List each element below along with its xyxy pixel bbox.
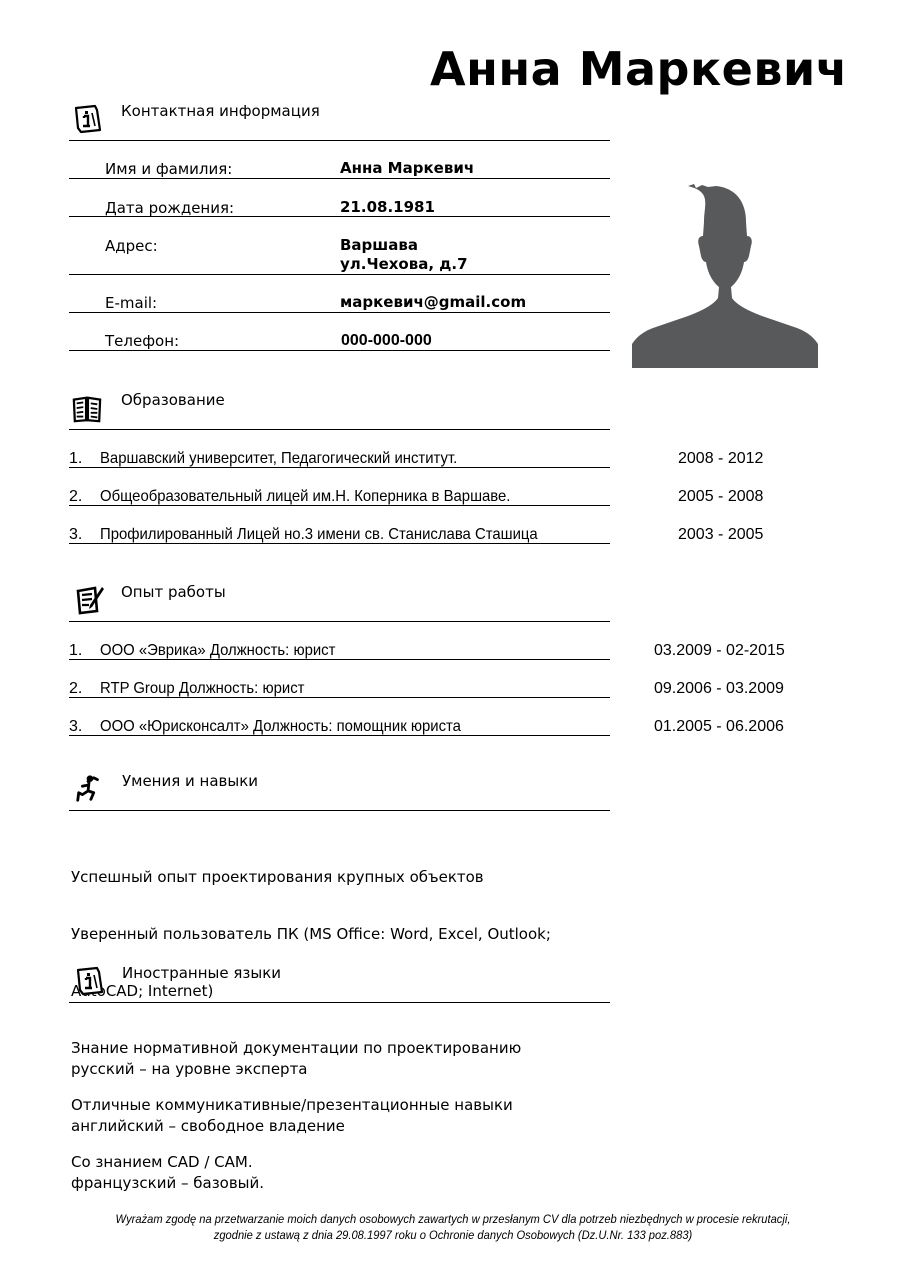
contact-value-phone: 000-000-000 (341, 331, 432, 350)
open-book-icon (72, 394, 102, 424)
contact-label-email: E-mail: (105, 294, 157, 312)
contact-value-address-city: Варшава (340, 236, 418, 255)
experience-item-dates: 01.2005 - 06.2006 (654, 718, 784, 736)
experience-item-position: ООО «Эврика» Должность: юрист (100, 642, 335, 660)
section-title-contact: Контактная информация (121, 102, 320, 120)
experience-item-number: 2. (69, 680, 82, 698)
education-item-institution: Варшавский университет, Педагогический и… (100, 450, 457, 468)
consent-line-1: Wyrażam zgodę na przetwarzanie moich dan… (32, 1211, 875, 1227)
section-divider (69, 140, 610, 141)
section-title-languages: Иностранные языки (122, 964, 281, 982)
contact-label-name: Имя и фамилия: (105, 160, 232, 178)
section-title-education: Образование (121, 391, 225, 409)
experience-item-number: 3. (69, 718, 82, 736)
experience-item-position: ООО «Юрисконсалт» Должность: помощник юр… (100, 718, 461, 736)
contact-value-email[interactable]: маркевич@gmail.com (340, 293, 526, 312)
contact-value-name: Анна Маркевич (340, 159, 474, 178)
person-silhouette-icon (632, 180, 818, 368)
running-figure-icon (74, 774, 104, 804)
section-divider (69, 1002, 610, 1003)
education-item-institution: Профилированный Лицей но.3 имени св. Ста… (100, 526, 538, 544)
contact-label-birthdate: Дата рождения: (105, 199, 234, 217)
row-divider (69, 274, 610, 275)
row-divider (69, 178, 610, 179)
section-divider (69, 621, 610, 622)
row-divider (69, 216, 610, 217)
contact-label-phone: Телефон: (105, 332, 179, 350)
section-divider (69, 429, 610, 430)
row-divider (69, 505, 610, 506)
info-book-icon (73, 104, 103, 134)
education-item-dates: 2005 - 2008 (678, 488, 763, 506)
resume-name-title: Анна Маркевич (430, 42, 848, 96)
skill-line: Уверенный пользователь ПК (MS Office: Wo… (71, 925, 551, 944)
language-line: французский – базовый. (71, 1174, 345, 1193)
experience-item-position: RTP Group Должность: юрист (100, 680, 304, 698)
education-item-number: 3. (69, 526, 82, 544)
row-divider (69, 467, 610, 468)
row-divider (69, 543, 610, 544)
section-title-experience: Опыт работы (121, 583, 226, 601)
contact-value-address-street: ул.Чехова, д.7 (340, 255, 468, 274)
section-divider (69, 810, 610, 811)
row-divider (69, 697, 610, 698)
skill-line: AutoCAD; Internet) (71, 982, 551, 1001)
experience-item-dates: 09.2006 - 03.2009 (654, 680, 784, 698)
row-divider (69, 312, 610, 313)
writing-pad-icon (75, 585, 105, 615)
gdpr-consent-footer: Wyrażam zgodę na przetwarzanie moich dan… (0, 1211, 906, 1243)
contact-value-birthdate: 21.08.1981 (340, 198, 435, 217)
info-book-icon (75, 966, 105, 996)
experience-item-dates: 03.2009 - 02-2015 (654, 642, 785, 660)
language-line: английский – свободное владение (71, 1117, 345, 1136)
education-item-dates: 2003 - 2005 (678, 526, 763, 544)
education-item-dates: 2008 - 2012 (678, 450, 763, 468)
education-item-institution: Общеобразовательный лицей им.Н. Коперник… (100, 488, 510, 506)
consent-line-2: zgodnie z ustawą z dnia 29.08.1997 roku … (32, 1227, 875, 1243)
language-line: русский – на уровне эксперта (71, 1060, 345, 1079)
row-divider (69, 659, 610, 660)
education-item-number: 1. (69, 450, 82, 468)
row-divider (69, 735, 610, 736)
contact-label-address: Адрес: (105, 237, 158, 255)
languages-list: русский – на уровне эксперта английский … (71, 1022, 345, 1212)
experience-item-number: 1. (69, 642, 82, 660)
section-title-skills: Умения и навыки (122, 772, 258, 790)
skill-line: Успешный опыт проектирования крупных объ… (71, 868, 551, 887)
education-item-number: 2. (69, 488, 82, 506)
row-divider (69, 350, 610, 351)
